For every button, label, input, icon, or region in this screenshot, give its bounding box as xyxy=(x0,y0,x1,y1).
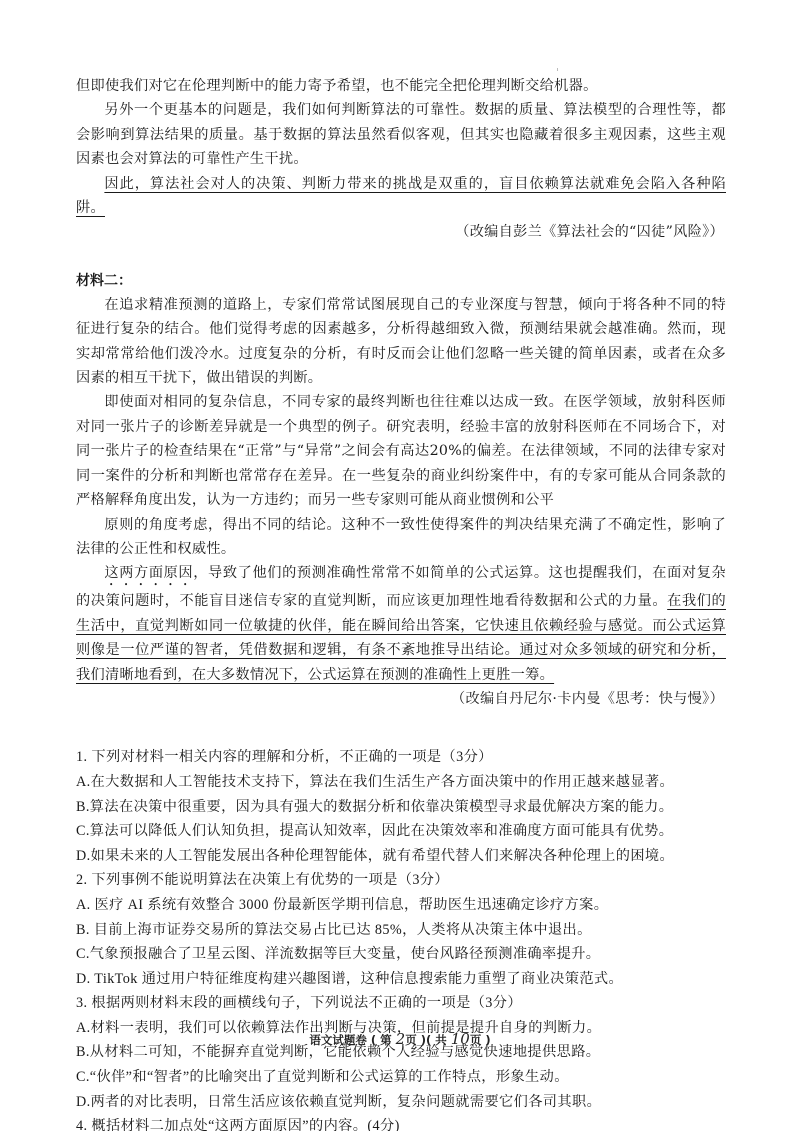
material-one-source: （改编自彭兰《算法社会的“囚徒”风险》） xyxy=(76,220,726,244)
question-stem: 2. 下列事例不能说明算法在决策上有优势的一项是（3分） xyxy=(76,868,726,893)
material-two-heading: 材料二： xyxy=(76,269,726,293)
question-4: 4. 概括材料二加点处“这两方面原因”的内容。(4分) xyxy=(76,1114,726,1131)
option-b: B. 目前上海市证券交易所的算法交易占比已达 85%，人类将从决策主体中退出。 xyxy=(76,918,726,943)
option-c: C.算法可以降低人们认知负担，提高认知效率，因此在决策效率和准确度方面可能具有优… xyxy=(76,819,726,844)
material-two-source: （改编自丹尼尔·卡内曼《思考：快与慢》） xyxy=(76,687,726,711)
option-a: A. 医疗 AI 系统有效整合 3000 份最新医学期刊信息，帮助医生迅速确定诊… xyxy=(76,893,726,918)
question-stem: 3. 根据两则材料末段的画横线句子，下列说法不正确的一项是（3分） xyxy=(76,991,726,1016)
question-stem: 1. 下列对材料一相关内容的理解和分析，不正确的一项是（3分） xyxy=(76,745,726,770)
option-c: C.“伙伴”和“智者”的比喻突出了直觉判断和公式运算的工作特点，形象生动。 xyxy=(76,1065,726,1090)
question-stem: 4. 概括材料二加点处“这两方面原因”的内容。(4分) xyxy=(76,1114,726,1131)
material-two-paragraph-3: 原则的角度考虑，得出不同的结论。这种不一致性使得案件的判决结果充满了不确定性，影… xyxy=(76,513,726,562)
underlined-sentence: 因此，算法社会对人的决策、判断力带来的挑战是双重的，盲目依赖算法就难免会陷入各种… xyxy=(76,176,726,216)
option-c: C.气象预报融合了卫星云图、洋流数据等巨大变量，使台风路径预测准确率提升。 xyxy=(76,942,726,967)
footer-middle: 页 )( 共 xyxy=(405,1033,451,1047)
material-two-paragraph-2: 即使面对相同的复杂信息，不同专家的最终判断也往往难以达成一致。在医学领域，放射科… xyxy=(76,390,726,512)
option-d: D.两者的对比表明，日常生活应该依赖直觉判断，复杂问题就需要它们各司其职。 xyxy=(76,1090,726,1115)
footer-prefix: 语文试题卷 ( 第 xyxy=(309,1033,395,1047)
spacer xyxy=(76,711,726,745)
material-one-continuation: 但即使我们对它在伦理判断中的能力寄予希望，也不能完全把伦理判断交给机器。 xyxy=(76,74,726,98)
dotted-phrase: 这两方面原因 xyxy=(104,565,193,581)
material-one-reliability-paragraph: 另外一个更基本的问题是，我们如何判断算法的可靠性。数据的质量、算法模型的合理性等… xyxy=(76,98,726,171)
question-1: 1. 下列对材料一相关内容的理解和分析，不正确的一项是（3分） A.在大数据和人… xyxy=(76,745,726,868)
footer-suffix: 页 ) xyxy=(470,1033,491,1047)
option-a: A.在大数据和人工智能技术支持下，算法在我们生活生产各方面决策中的作用正越来越显… xyxy=(76,770,726,795)
spacer xyxy=(76,245,726,269)
question-3: 3. 根据两则材料末段的画横线句子，下列说法不正确的一项是（3分） A.材料一表… xyxy=(76,991,726,1114)
exam-page: 但即使我们对它在伦理判断中的能力寄予希望，也不能完全把伦理判断交给机器。 另外一… xyxy=(76,74,726,1131)
question-2: 2. 下列事例不能说明算法在决策上有优势的一项是（3分） A. 医疗 AI 系统… xyxy=(76,868,726,991)
page-number: 2 xyxy=(396,1030,406,1048)
material-two-paragraph-4: 这两方面原因，导致了他们的预测准确性常常不如简单的公式运算。这也提醒我们，在面对… xyxy=(76,561,726,687)
material-two-paragraph-1: 在追求精准预测的道路上，专家们常常试图展现自己的专业深度与智慧，倾向于将各种不同… xyxy=(76,293,726,391)
material-one-conclusion: 因此，算法社会对人的决策、判断力带来的挑战是双重的，盲目依赖算法就难免会陷入各种… xyxy=(76,172,726,221)
total-pages: 10 xyxy=(451,1030,470,1048)
option-b: B.算法在决策中很重要，因为具有强大的数据分析和依靠决策模型寻求最优解决方案的能… xyxy=(76,795,726,820)
option-d: D. TikTok 通过用户特征维度构建兴趣图谱，这种信息搜索能力重塑了商业决策… xyxy=(76,967,726,992)
scan-artifact xyxy=(557,68,558,71)
option-d: D.如果未来的人工智能发展出各种伦理智能体，就有希望代替人们来解决各种伦理上的困… xyxy=(76,844,726,869)
page-footer: 语文试题卷 ( 第 2页 )( 共 10页 ) xyxy=(0,1030,800,1048)
